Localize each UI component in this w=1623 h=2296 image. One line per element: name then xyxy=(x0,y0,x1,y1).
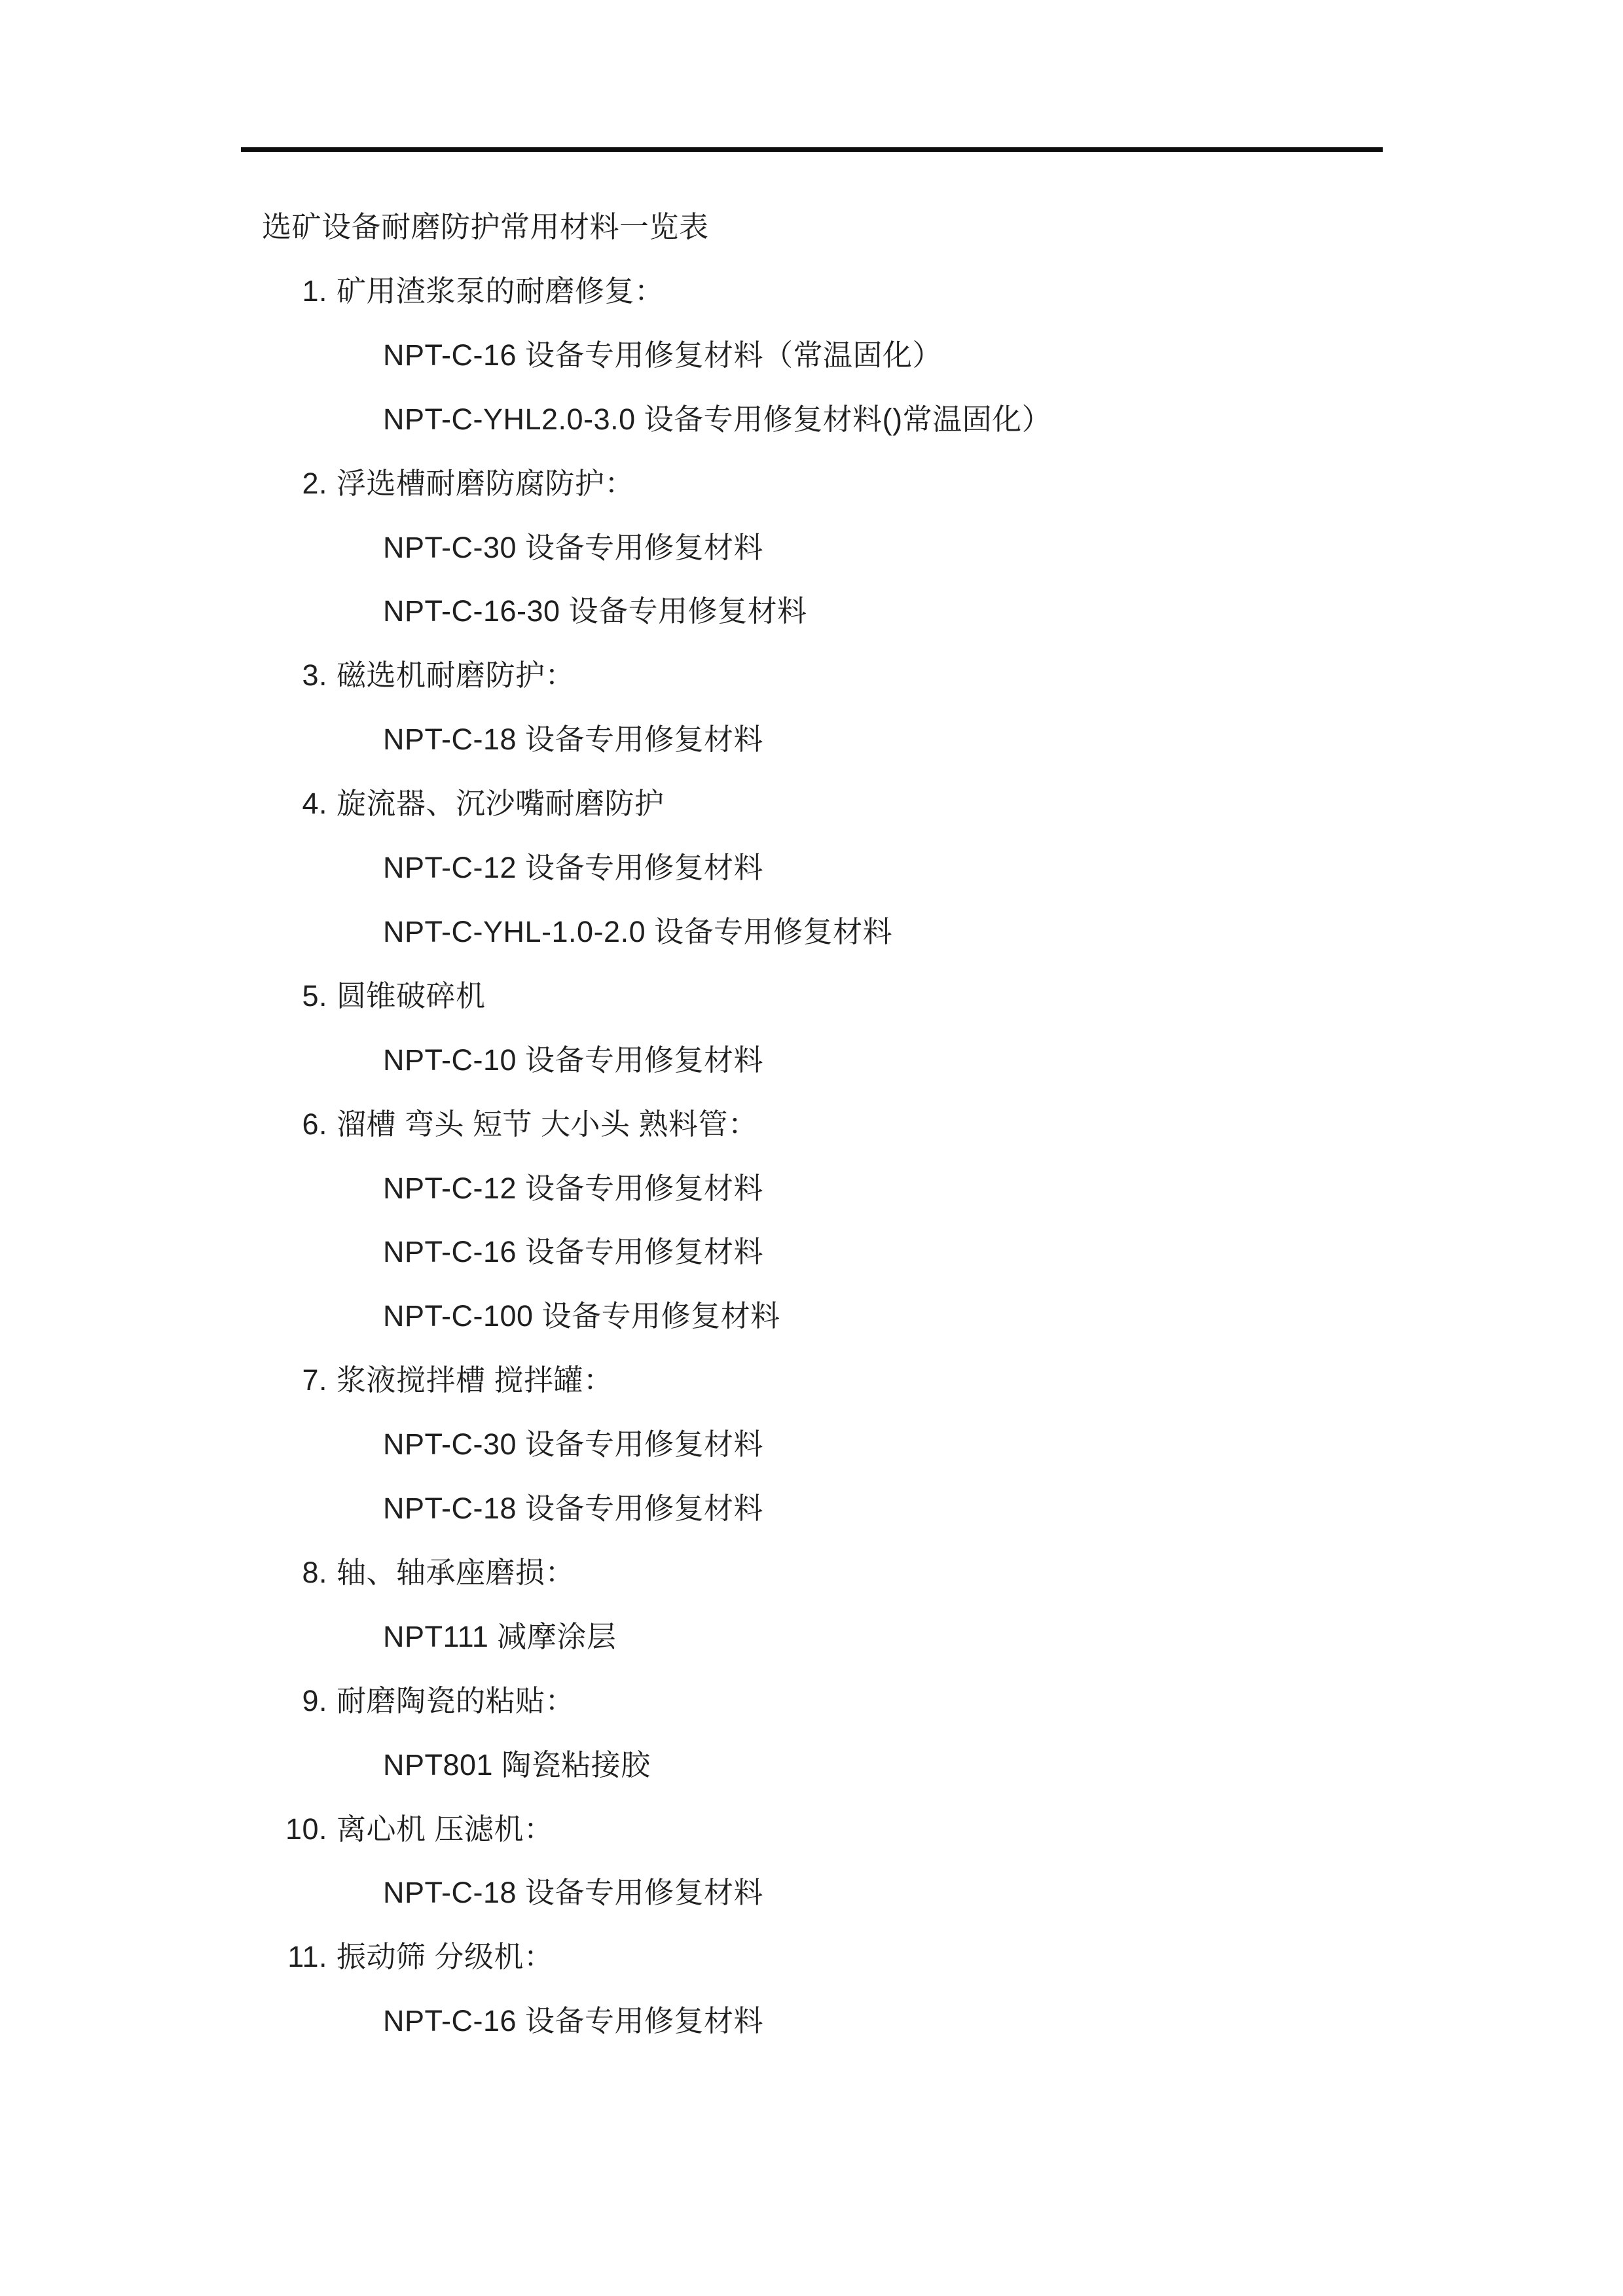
item-text: 离心机 压滤机： xyxy=(337,1812,554,1846)
item-number: 4. xyxy=(0,787,327,821)
sub-item: NPT-C-16-30 设备专用修复材料 xyxy=(383,594,807,628)
sub-item: NPT-C-12 设备专用修复材料 xyxy=(383,1172,763,1206)
item-number: 7. xyxy=(0,1363,327,1397)
sub-item: NPT-C-YHL-1.0-2.0 设备专用修复材料 xyxy=(383,915,892,949)
sub-item: NPT-C-12 设备专用修复材料 xyxy=(383,851,763,885)
list-item: 5.圆锥破碎机 xyxy=(0,979,486,1013)
list-item: 8.轴、轴承座磨损： xyxy=(0,1556,575,1590)
item-text: 溜槽 弯头 短节 大小头 熟料管： xyxy=(337,1107,758,1141)
item-text: 旋流器、沉沙嘴耐磨防护 xyxy=(337,787,665,821)
sub-item: NPT-C-10 设备专用修复材料 xyxy=(383,1043,763,1077)
list-item: 7.浆液搅拌槽 搅拌罐： xyxy=(0,1363,613,1397)
item-text: 耐磨陶瓷的粘贴： xyxy=(337,1684,575,1718)
item-number: 8. xyxy=(0,1556,327,1590)
sub-item: NPT-C-30 设备专用修复材料 xyxy=(383,1427,763,1462)
document-page: 选矿设备耐磨防护常用材料一览表 1.矿用渣浆泵的耐磨修复：NPT-C-16 设备… xyxy=(0,0,1623,2296)
item-number: 6. xyxy=(0,1107,327,1141)
item-text: 矿用渣浆泵的耐磨修复： xyxy=(337,274,665,308)
sub-item: NPT111 减摩涂层 xyxy=(383,1620,616,1654)
sub-item: NPT-C-30 设备专用修复材料 xyxy=(383,531,763,565)
header-rule xyxy=(241,147,1383,152)
sub-item: NPT-C-16 设备专用修复材料 xyxy=(383,2004,763,2038)
document-title: 选矿设备耐磨防护常用材料一览表 xyxy=(262,210,709,244)
sub-item: NPT-C-18 设备专用修复材料 xyxy=(383,1876,763,1910)
item-number: 5. xyxy=(0,979,327,1013)
list-item: 2.浮选槽耐磨防腐防护： xyxy=(0,467,634,501)
sub-item: NPT-C-16 设备专用修复材料 xyxy=(383,1235,763,1269)
item-text: 磁选机耐磨防护： xyxy=(337,658,575,692)
list-item: 11.振动筛 分级机： xyxy=(0,1940,554,1974)
item-number: 10. xyxy=(0,1812,327,1846)
list-item: 6.溜槽 弯头 短节 大小头 熟料管： xyxy=(0,1107,758,1141)
sub-item: NPT-C-YHL2.0-3.0 设备专用修复材料()常温固化） xyxy=(383,403,1051,437)
item-number: 9. xyxy=(0,1684,327,1718)
sub-item: NPT-C-18 设备专用修复材料 xyxy=(383,723,763,757)
list-item: 4.旋流器、沉沙嘴耐磨防护 xyxy=(0,787,665,821)
item-text: 浮选槽耐磨防腐防护： xyxy=(337,467,634,501)
item-text: 圆锥破碎机 xyxy=(337,979,486,1013)
item-number: 3. xyxy=(0,658,327,692)
list-item: 1.矿用渣浆泵的耐磨修复： xyxy=(0,274,665,308)
item-number: 2. xyxy=(0,467,327,501)
sub-item: NPT-C-18 设备专用修复材料 xyxy=(383,1492,763,1526)
item-number: 1. xyxy=(0,274,327,308)
item-text: 振动筛 分级机： xyxy=(337,1940,554,1974)
item-number: 11. xyxy=(0,1940,327,1974)
sub-item: NPT801 陶瓷粘接胶 xyxy=(383,1748,651,1782)
item-text: 浆液搅拌槽 搅拌罐： xyxy=(337,1363,613,1397)
list-item: 9.耐磨陶瓷的粘贴： xyxy=(0,1684,575,1718)
sub-item: NPT-C-16 设备专用修复材料（常温固化） xyxy=(383,338,942,372)
list-item: 3.磁选机耐磨防护： xyxy=(0,658,575,692)
sub-item: NPT-C-100 设备专用修复材料 xyxy=(383,1299,780,1333)
item-text: 轴、轴承座磨损： xyxy=(337,1556,575,1590)
list-item: 10.离心机 压滤机： xyxy=(0,1812,554,1846)
